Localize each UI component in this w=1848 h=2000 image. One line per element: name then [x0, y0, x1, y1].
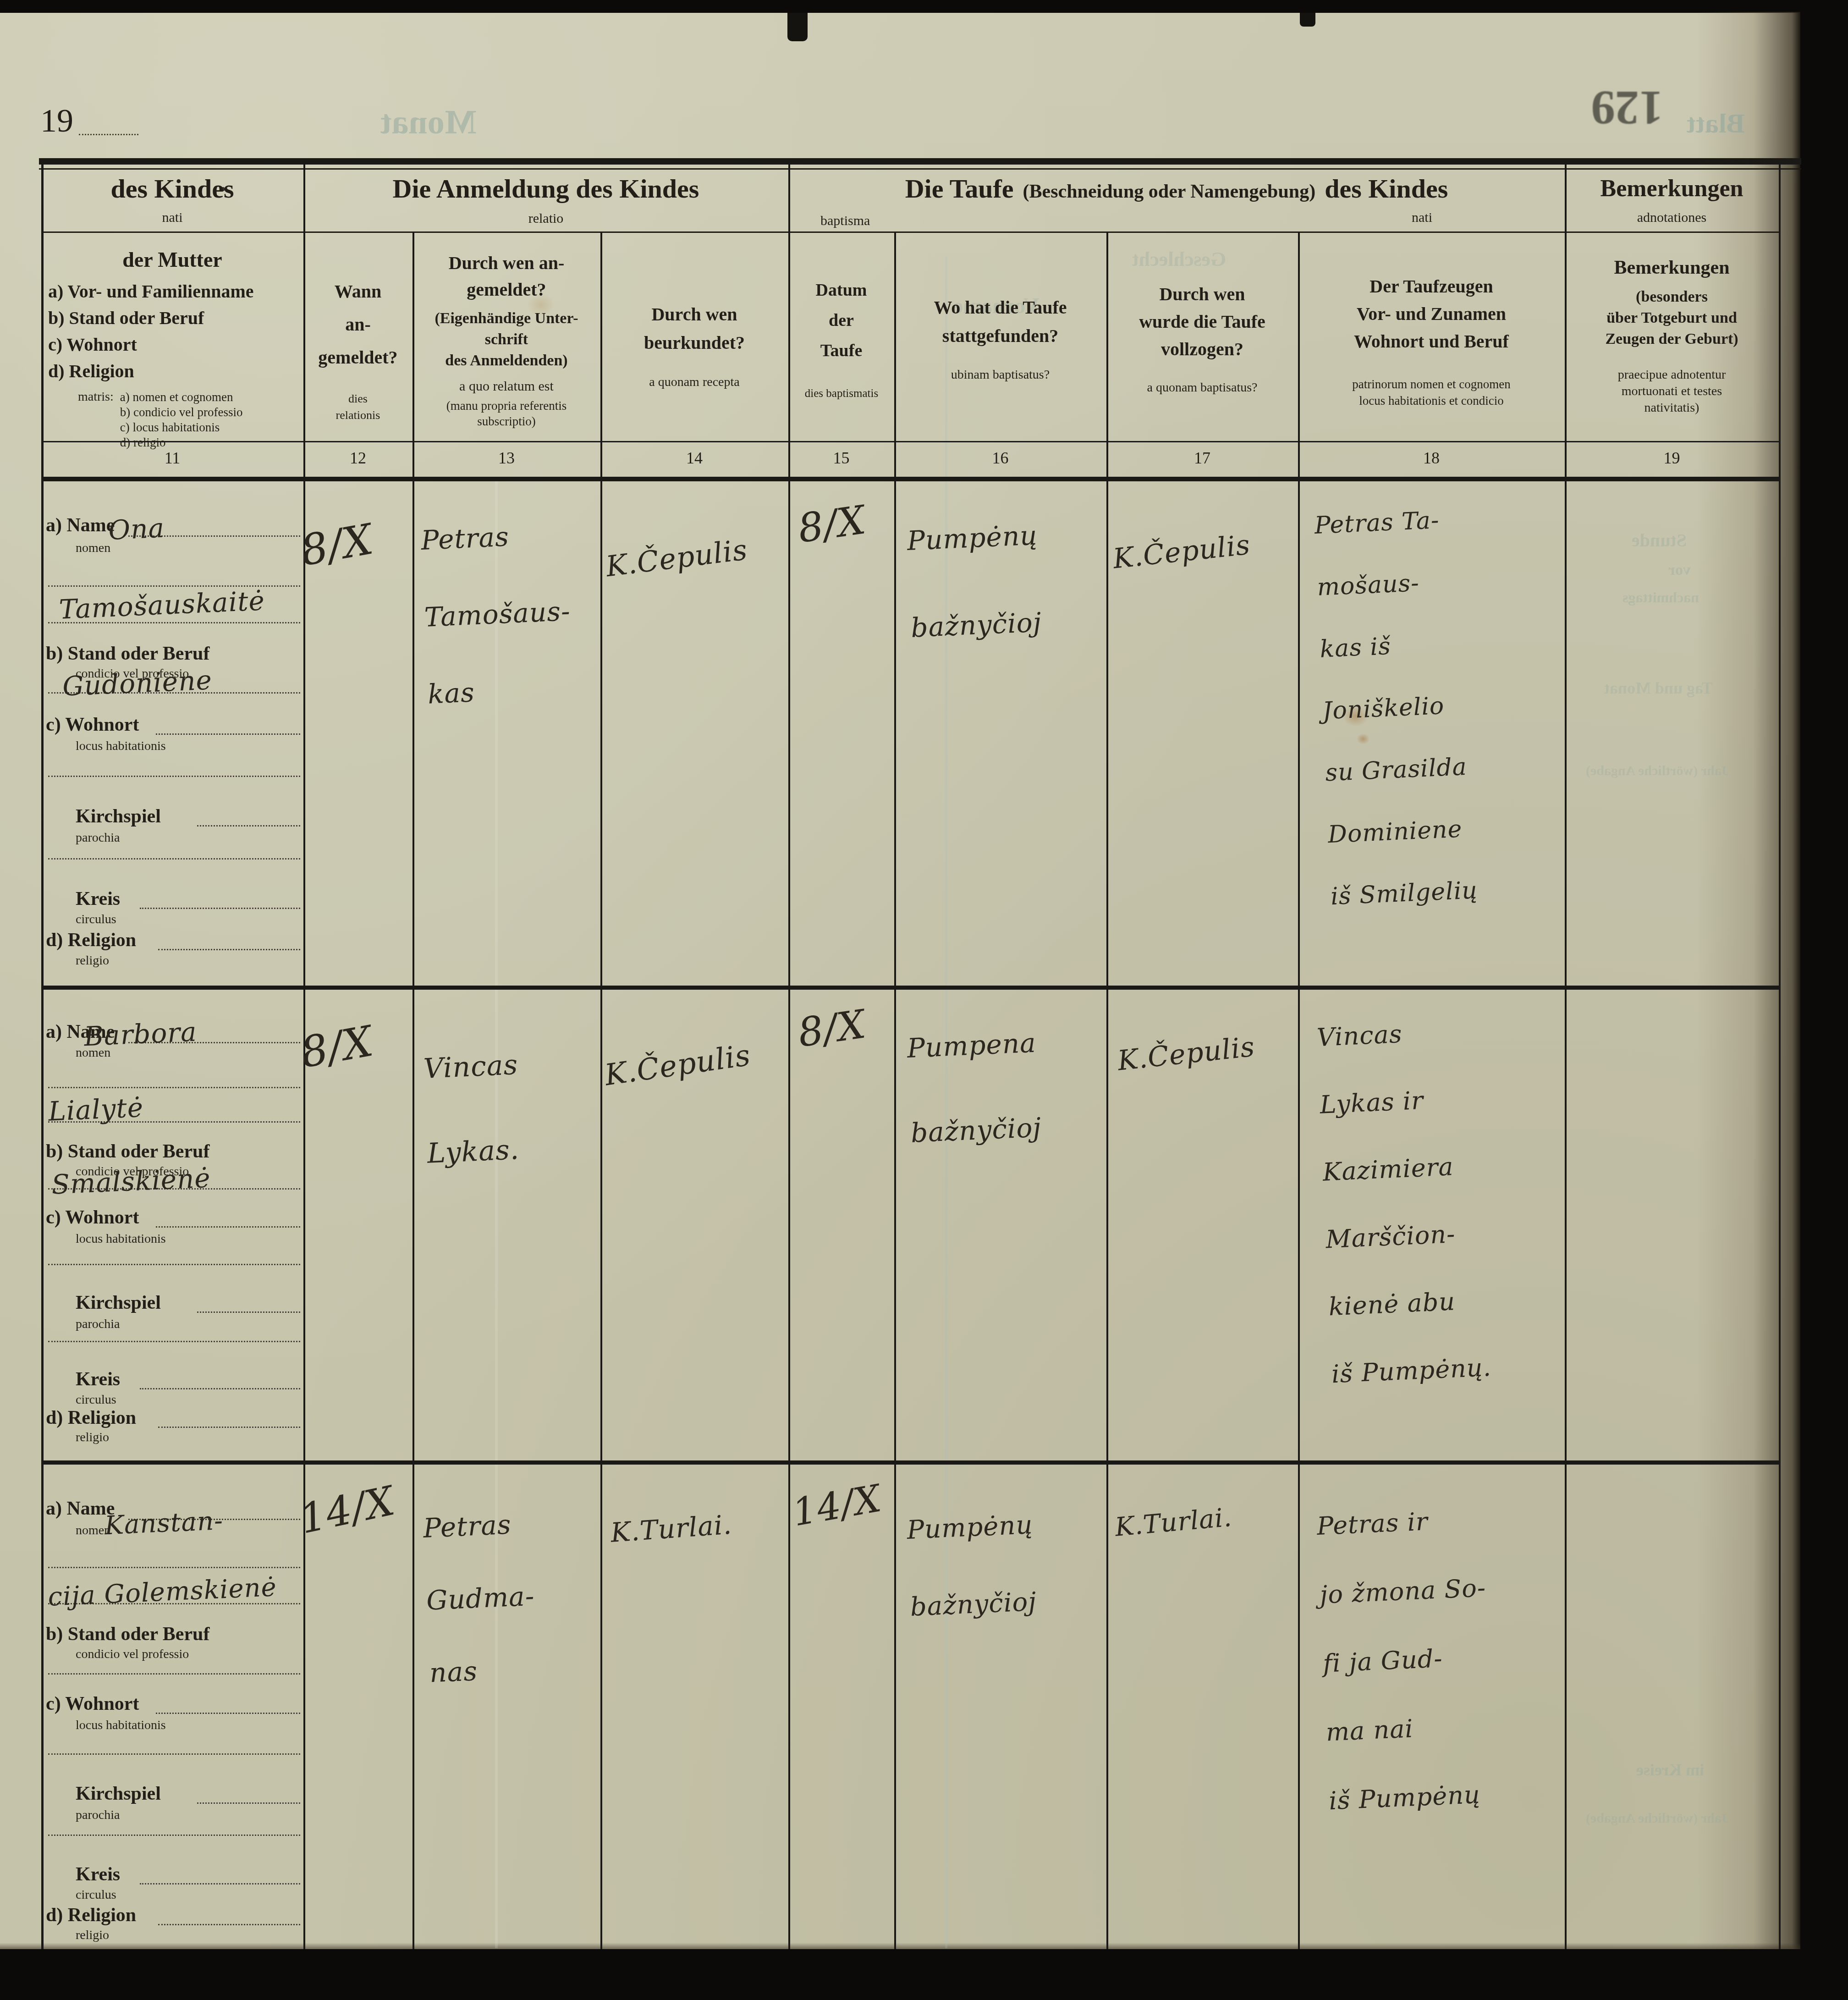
- col11-header-item-a: a) Vor- und Familienname: [48, 281, 254, 302]
- bleedthrough-ghost-text: nachmittags: [1622, 589, 1699, 606]
- col13-header-latin2: (manu propria referentis subscriptio): [412, 398, 600, 429]
- column-19-number: 19: [1565, 448, 1779, 468]
- entry-2-registered-by: Vincas Lykas.: [422, 1019, 612, 1196]
- col13-header-question: Durch wen an- gemeldet?: [412, 250, 600, 303]
- col13-header-paren: (Eigenhändige Unter- schrift des Anmelde…: [412, 308, 600, 371]
- bleedthrough-ghost-text: Jahr (wörtliche Angabe): [1586, 763, 1728, 779]
- row-3-label-condicio: condicio vel professio: [76, 1647, 189, 1662]
- row-2-rule-5: [48, 1264, 300, 1265]
- entry-3-baptism-place: Pumpėnų bažnyčioj: [905, 1483, 1118, 1646]
- bleedthrough-sheet-number-stamp: 129: [1577, 80, 1677, 136]
- row-2-label-locus: locus habitationis: [76, 1232, 166, 1246]
- col15-header-question: Datum der Taufe: [788, 275, 894, 366]
- col11-header-item-b: b) Stand oder Beruf: [48, 307, 204, 329]
- bleedthrough-monat: Monat: [380, 103, 477, 142]
- col19-header-latin: praecipue adnotentur mortuonati et teste…: [1565, 367, 1779, 416]
- row-3-rule-religion: [158, 1924, 300, 1925]
- row-2-label-parochia: parochia: [76, 1317, 120, 1332]
- col11-header-item-c: c) Wohnort: [48, 334, 137, 355]
- group-header-anmeldung: Die Anmeldung des Kindes: [303, 173, 788, 204]
- entry-3-registered-by: Petras Gudma- nas: [422, 1484, 614, 1709]
- row-separator-1: [41, 986, 1779, 990]
- col11-header-title: der Mutter: [41, 248, 303, 272]
- entry-1-baptism-place: Pumpėnų bažnyčioj: [905, 488, 1119, 671]
- entry-1-mother-name: Ona Tamošauskaitė Gudoniene: [54, 482, 339, 725]
- col11-matris-lines: a) nomen et cognomen b) condicio vel pro…: [120, 390, 243, 450]
- register-page: 19 Monat Blatt 129 Geschlecht Vorname St…: [0, 0, 1848, 2000]
- row-3-label-kreis: Kreis: [76, 1863, 120, 1885]
- col-divider-12-13: [412, 231, 414, 1949]
- col19-header-title: Bemerkungen: [1565, 257, 1779, 279]
- row-3-label-parochia: parochia: [76, 1808, 120, 1823]
- row-2-label-religio: religio: [76, 1430, 109, 1445]
- row-1-label-locus: locus habitationis: [76, 739, 166, 754]
- row-3-rule-wohnort: [156, 1713, 300, 1714]
- bleedthrough-ghost-text: Tag und Monat: [1604, 678, 1713, 698]
- group-header-taufe-latin-b: nati: [1412, 210, 1432, 226]
- paper-bottom-edge: [0, 1943, 1800, 1949]
- row-1-rule-kreis: [140, 908, 300, 909]
- row-1-rule-6: [48, 858, 300, 860]
- row-3-rule-5: [48, 1753, 300, 1755]
- photo-edge-bottom: [0, 1949, 1848, 2000]
- row-1-label-circulus: circulus: [76, 912, 116, 927]
- table-right-border: [1779, 158, 1781, 1949]
- row-1-rule-religion: [158, 949, 300, 950]
- col18-header-latin: patrinorum nomen et cognomen locus habit…: [1298, 376, 1565, 409]
- row-3-label-religio: religio: [76, 1928, 109, 1943]
- row-2-label-kirchspiel: Kirchspiel: [76, 1292, 161, 1314]
- entry-2-godparents: Vincas Lykas ir Kazimiera Marščion- kien…: [1315, 993, 1589, 1408]
- entry-1-godparents: Petras Ta- mošaus- kas iš Joniškelio su …: [1313, 484, 1589, 928]
- row-3-label-circulus: circulus: [76, 1888, 116, 1902]
- row-1-label-religion: d) Religion: [46, 929, 136, 951]
- col12-header-question: Wann an- gemeldet?: [303, 275, 412, 374]
- col14-header-latin: a quonam recepta: [600, 375, 788, 390]
- bleedthrough-ghost-text: Jahr (wörtliche Angabe): [1586, 1811, 1728, 1826]
- col17-header-latin: a quonam baptisatus?: [1106, 380, 1298, 395]
- row-3-label-wohnort: c) Wohnort: [46, 1693, 139, 1715]
- row-1-rule-kirchspiel: [197, 825, 300, 826]
- row-1-rule-5: [48, 776, 300, 777]
- group-header-taufe-main: Die Taufe: [905, 173, 1014, 204]
- row-3-label-kirchspiel: Kirchspiel: [76, 1783, 161, 1805]
- bleedthrough-ghost-text: Geschlecht: [1132, 248, 1226, 271]
- page-number-rule: [79, 134, 138, 135]
- col12-header-latin: dies relationis: [303, 391, 412, 424]
- group-header-kind: des Kindes: [41, 173, 303, 204]
- row-2-rule-religion: [158, 1427, 300, 1428]
- col11-header-item-d: d) Religion: [48, 360, 134, 382]
- bleedthrough-ghost-text: Stunde: [1632, 529, 1687, 551]
- column-14-number: 14: [600, 448, 788, 468]
- col16-header-latin: ubinam baptisatus?: [894, 368, 1106, 382]
- col16-header-question: Wo hat die Taufe stattgefunden?: [894, 293, 1106, 350]
- row-2-rule-6: [48, 1341, 300, 1342]
- col19-header-paren: (besonders über Totgeburt und Zeugen der…: [1565, 287, 1779, 350]
- col13-header-latin: a quo relatum est: [412, 379, 600, 394]
- bleedthrough-ghost-text: vor: [1668, 562, 1691, 579]
- entry-2-baptism-place: Pumpena bažnyčioj: [905, 997, 1119, 1175]
- page-number: 19: [40, 102, 73, 140]
- column-16-number: 16: [894, 448, 1106, 468]
- row-3-rule-4: [48, 1673, 300, 1675]
- group-header-taufe-latin-a: baptisma: [820, 213, 870, 229]
- col14-header-question: Durch wen beurkundet?: [600, 300, 788, 357]
- entry-3-godparents: Petras ir jo žmona So- fi ja Gud- ma nai…: [1315, 1481, 1591, 1835]
- row-2-label-religion: d) Religion: [46, 1407, 136, 1429]
- column-13-number: 13: [412, 448, 600, 468]
- group-header-taufe-paren: (Beschneidung oder Namengebung): [1023, 181, 1316, 203]
- bleedthrough-blatt: Blatt: [1687, 108, 1745, 139]
- bleedthrough-ghost-text: im Kreise: [1636, 1760, 1704, 1780]
- col11-header-matris: matris: a) nomen et cognomen b) condicio…: [78, 390, 242, 450]
- group-header-taufe-main2: des Kindes: [1325, 173, 1448, 204]
- column-11-number: 11: [41, 448, 303, 468]
- group-header-bemerkungen-latin: adnotationes: [1565, 210, 1779, 226]
- row-3-label-locus: locus habitationis: [76, 1718, 166, 1733]
- photo-edge-right: [1800, 0, 1848, 2000]
- group-header-separator: [41, 231, 1779, 233]
- group-header-kind-latin: nati: [41, 210, 303, 226]
- column-12-number: 12: [303, 448, 412, 468]
- row-2-label-circulus: circulus: [76, 1393, 116, 1407]
- row-1-rule-wohnort: [156, 733, 300, 735]
- photo-artifact-clamp-1: [787, 13, 808, 41]
- col11-matris-label: matris:: [78, 390, 114, 450]
- row-3-rule-kirchspiel: [197, 1802, 300, 1804]
- col-divider-15-16: [894, 231, 896, 1949]
- col15-header-latin: dies baptismatis: [786, 387, 896, 400]
- row-3-label-religion: d) Religion: [46, 1904, 136, 1926]
- column-17-number: 17: [1106, 448, 1298, 468]
- group-header-bemerkungen: Bemerkungen: [1565, 175, 1779, 202]
- photo-artifact-clamp-2: [1300, 13, 1315, 27]
- row-2-rule-wohnort: [156, 1226, 300, 1228]
- row-separator-2: [41, 1460, 1779, 1465]
- entry-2-mother-name: Barbora Lialytė Smalskienė: [44, 989, 337, 1222]
- col-divider-17-18: [1298, 231, 1300, 1949]
- row-1-label-kirchspiel: Kirchspiel: [76, 805, 161, 827]
- column-18-number: 18: [1298, 448, 1565, 468]
- row-2-rule-kirchspiel: [197, 1311, 300, 1313]
- row-3-rule-kreis: [140, 1883, 300, 1884]
- row-2-rule-kreis: [140, 1388, 300, 1389]
- row-1-label-religio: religio: [76, 953, 109, 968]
- photo-edge-top: [0, 0, 1848, 13]
- col17-header-question: Durch wen wurde die Taufe vollzogen?: [1106, 281, 1298, 363]
- row-2-label-kreis: Kreis: [76, 1368, 120, 1390]
- group-header-taufe: Die Taufe (Beschneidung oder Namengebung…: [788, 173, 1565, 204]
- col18-header-question: Der Taufzeugen Vor- und Zunamen Wohnort …: [1298, 273, 1565, 355]
- group-header-anmeldung-latin: relatio: [303, 211, 788, 226]
- number-row-separator: [41, 477, 1779, 481]
- column-15-number: 15: [788, 448, 894, 468]
- row-3-rule-6: [48, 1835, 300, 1836]
- row-1-label-parochia: parochia: [76, 831, 120, 845]
- table-left-border: [41, 158, 44, 1949]
- column-header-separator: [41, 441, 1779, 442]
- entry-1-registered-by: Petras Tamošaus- kas: [419, 494, 613, 733]
- row-1-label-kreis: Kreis: [76, 888, 120, 910]
